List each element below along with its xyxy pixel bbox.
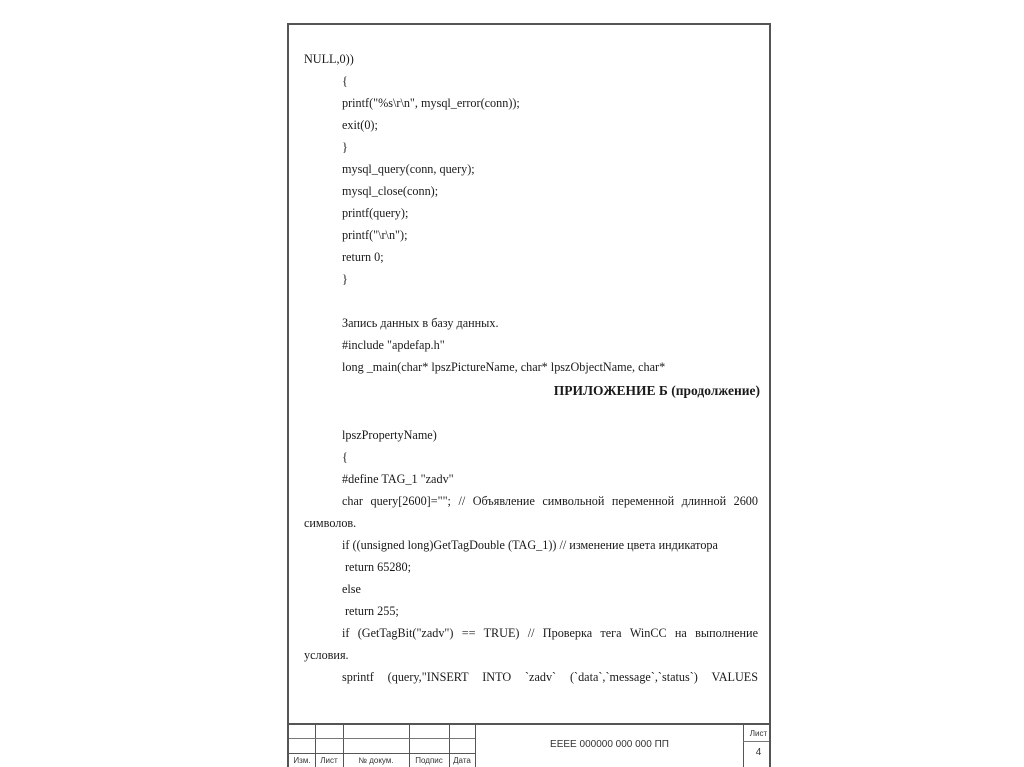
col-label-sheet: Лист xyxy=(315,756,343,765)
divider xyxy=(289,738,475,739)
code-line: символов. xyxy=(304,516,356,530)
code-line: lpszPropertyName) xyxy=(342,428,437,442)
document-code: ЕЕЕЕ 000000 000 000 ПП xyxy=(477,739,742,750)
code-line: #define TAG_1 "zadv" xyxy=(342,472,454,486)
code-line: long _main(char* lpszPictureName, char* … xyxy=(342,360,665,374)
code-line: exit(0); xyxy=(342,118,378,132)
col-label-doc-number: № докум. xyxy=(343,756,409,765)
sheet-label: Лист xyxy=(746,729,771,738)
code-line: #include "apdefap.h" xyxy=(342,338,445,352)
divider xyxy=(289,753,475,754)
col-label-date: Дата xyxy=(449,756,475,765)
text-line: Запись данных в базу данных. xyxy=(342,316,499,330)
title-block: Изм. Лист № докум. Подпис Дата ЕЕЕЕ 0000… xyxy=(287,723,771,767)
divider xyxy=(475,725,476,767)
code-line: else xyxy=(342,582,361,596)
code-line: NULL,0)) xyxy=(304,52,354,66)
code-line: { xyxy=(342,450,348,464)
col-label-signature: Подпис xyxy=(409,756,449,765)
appendix-heading: ПРИЛОЖЕНИЕ Б (продолжение) xyxy=(554,383,760,399)
code-line: if (GetTagBit("zadv") == TRUE) // Провер… xyxy=(342,626,758,640)
code-line: return 0; xyxy=(342,250,384,264)
code-line: mysql_query(conn, query); xyxy=(342,162,475,176)
code-line: условия. xyxy=(304,648,349,662)
col-label-change: Изм. xyxy=(289,756,315,765)
code-line: } xyxy=(342,140,348,154)
divider xyxy=(743,725,744,767)
code-line: printf("\r\n"); xyxy=(342,228,407,242)
code-line: if ((unsigned long)GetTagDouble (TAG_1))… xyxy=(342,538,718,552)
code-line: return 65280; xyxy=(345,560,411,574)
code-line: sprintf (query,"INSERT INTO `zadv` (`dat… xyxy=(342,670,758,684)
code-line: } xyxy=(342,272,348,286)
sheet-number: 4 xyxy=(746,747,771,758)
code-line: { xyxy=(342,74,348,88)
divider xyxy=(743,741,769,742)
code-line: mysql_close(conn); xyxy=(342,184,438,198)
code-line: printf("%s\r\n", mysql_error(conn)); xyxy=(342,96,520,110)
code-line: char query[2600]=""; // Объявление симво… xyxy=(342,494,758,508)
code-line: printf(query); xyxy=(342,206,408,220)
code-line: return 255; xyxy=(345,604,399,618)
